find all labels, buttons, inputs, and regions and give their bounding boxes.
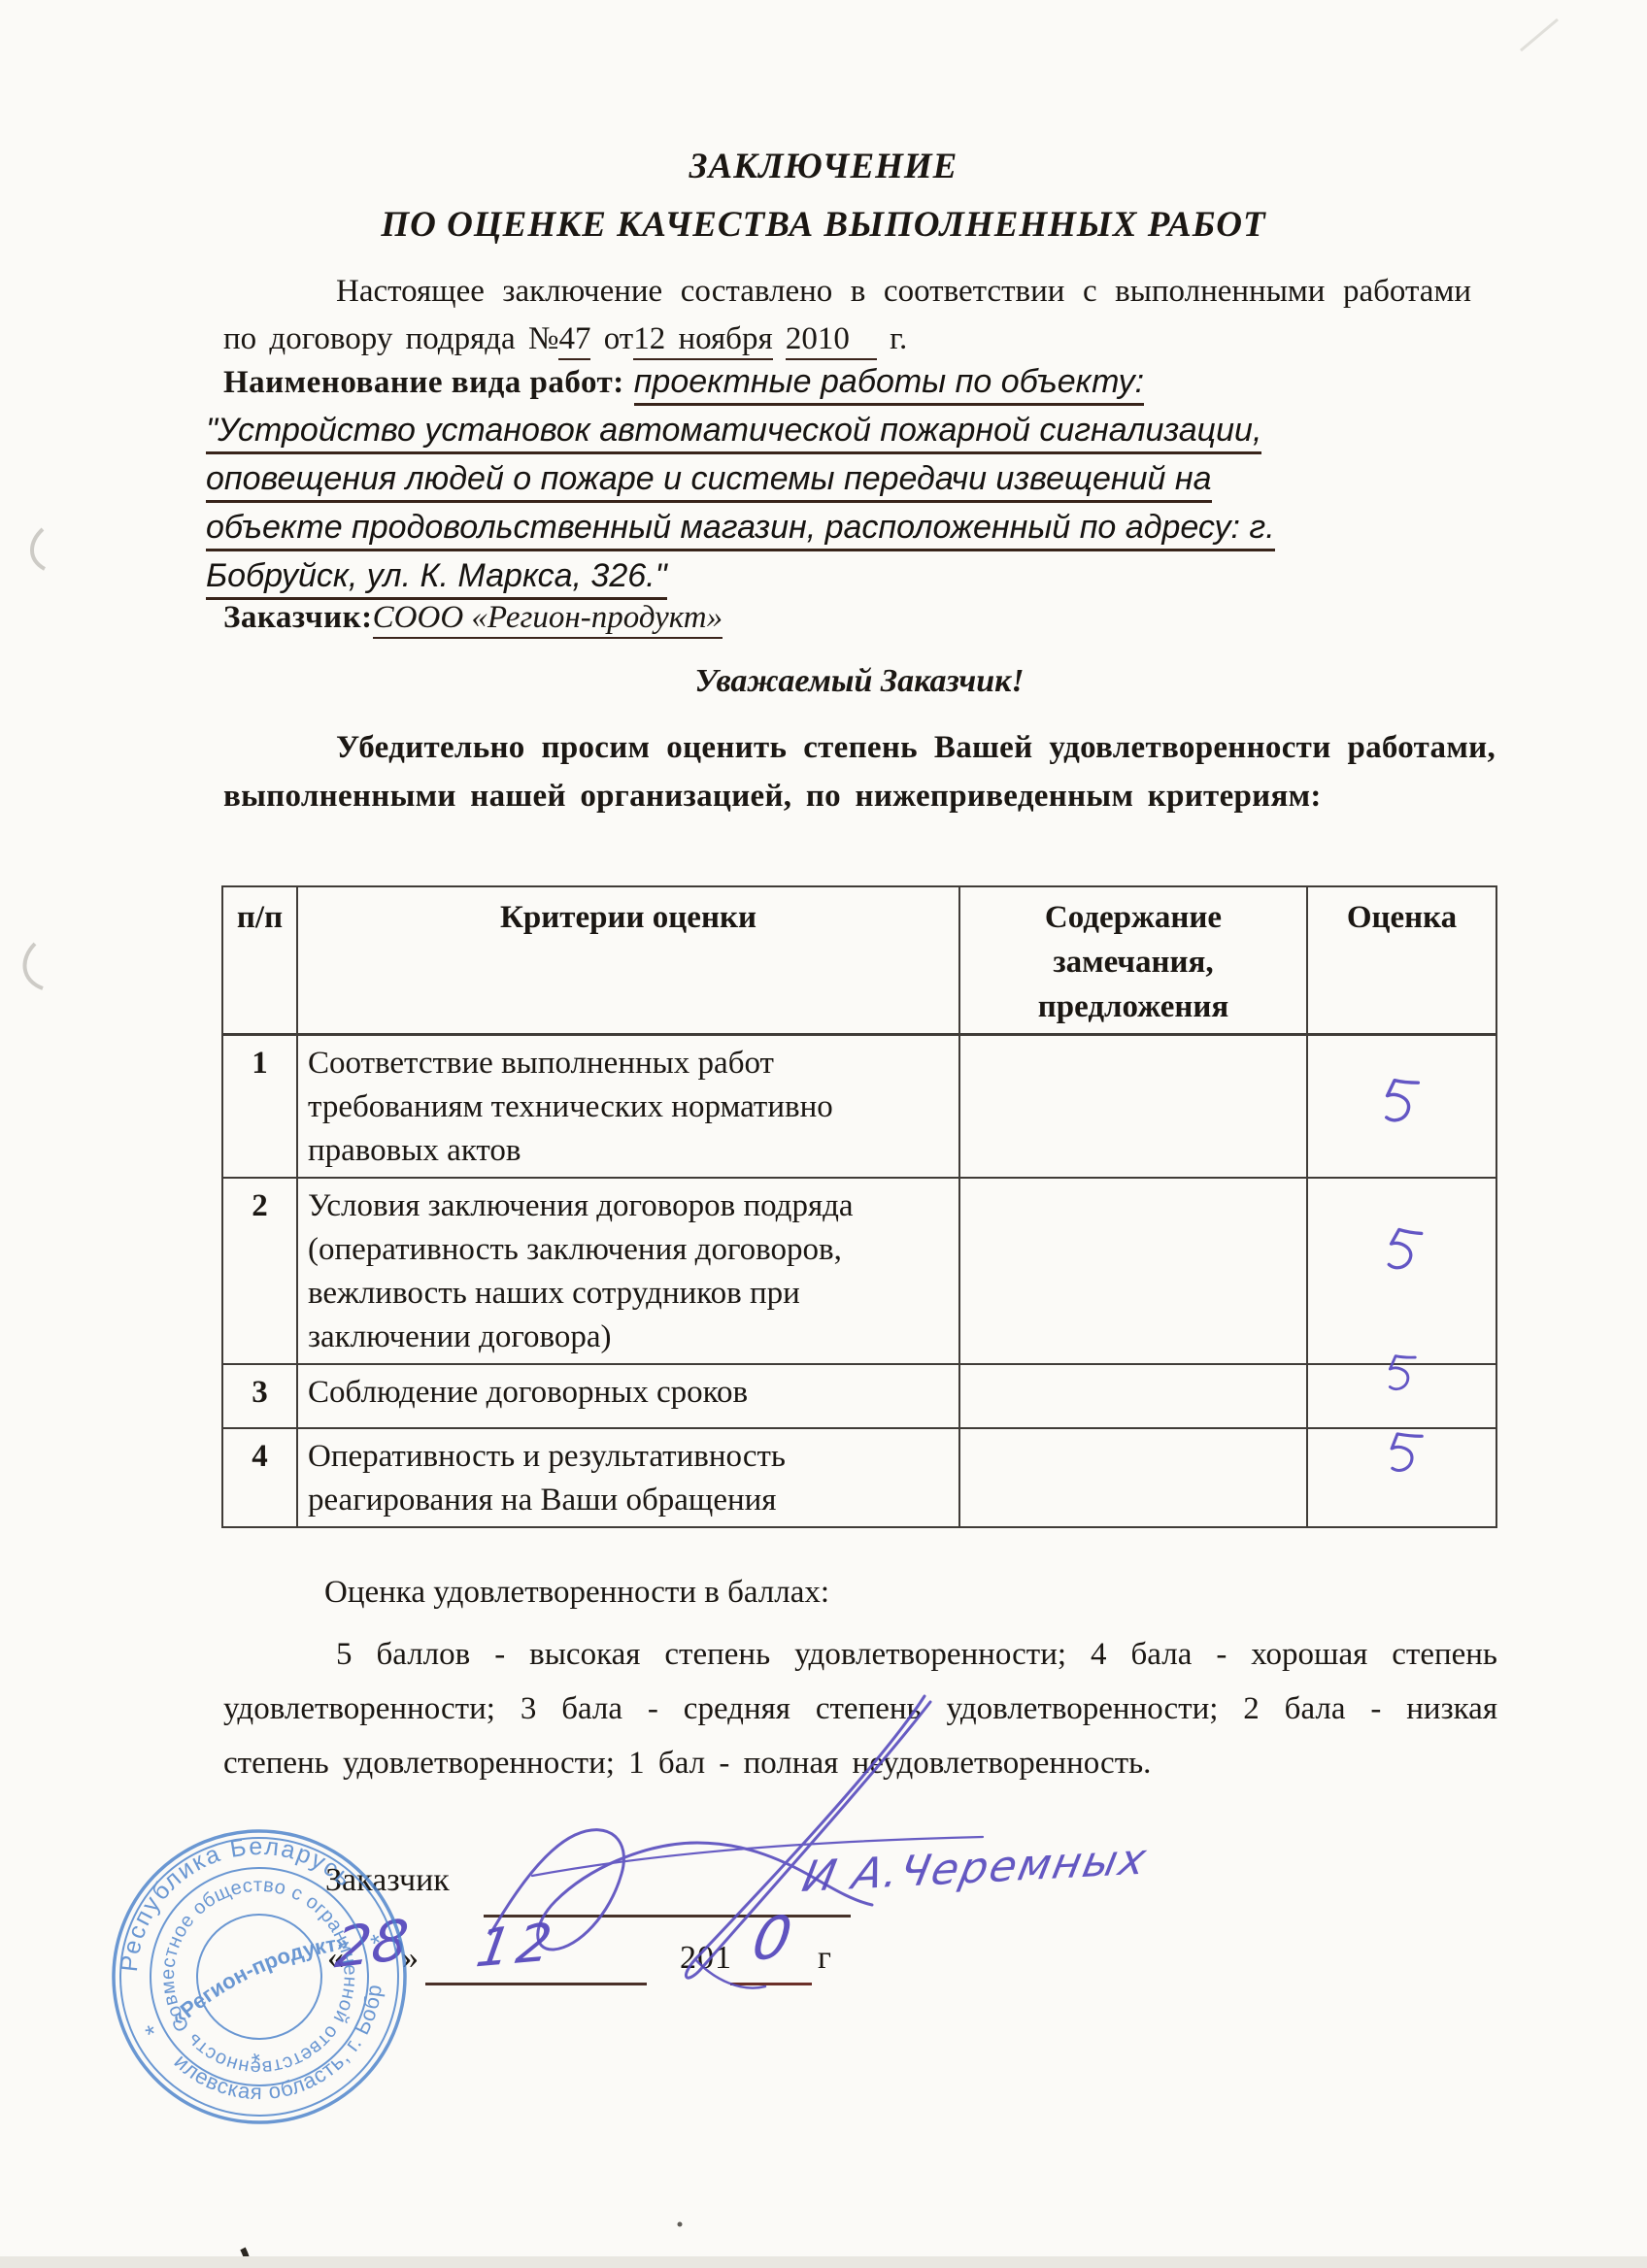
stamp-star-left: *	[142, 2018, 162, 2050]
work-line-text: Бобруйск, ул. К. Маркса, 326."	[206, 557, 667, 600]
row-number: 3	[222, 1364, 297, 1428]
work-type-line: Наименование вида работ:проектные работы…	[223, 363, 1505, 401]
remarks-cell	[959, 1364, 1307, 1428]
date-year-printed: 201	[680, 1940, 732, 1977]
row-number: 1	[222, 1035, 297, 1179]
work-type-label: Наименование вида работ:	[223, 365, 624, 400]
row-number: 2	[222, 1178, 297, 1364]
score-cell	[1307, 1178, 1496, 1364]
contract-number: 47	[558, 321, 590, 360]
company-stamp: Республика Беларусь Могилевская область,…	[75, 1792, 444, 2161]
intro-text: г.	[877, 321, 907, 356]
title-line-2: ПО ОЦЕНКЕ КАЧЕСТВА ВЫПОЛНЕННЫХ РАБОТ	[0, 196, 1647, 254]
criteria-cell: Условия заключения договоров подряда (оп…	[297, 1178, 959, 1364]
score-cell	[1307, 1428, 1496, 1527]
intro-text: от	[590, 321, 633, 356]
criteria-cell: Соответствие выполненных работ требовани…	[297, 1035, 959, 1179]
scanned-document-page: ЗАКЛЮЧЕНИЕ ПО ОЦЕНКЕ КАЧЕСТВА ВЫПОЛНЕННЫ…	[0, 0, 1647, 2268]
contract-year: 2010	[786, 321, 877, 360]
work-description-line: объекте продовольственный магазин, распо…	[206, 509, 1507, 557]
request-paragraph: Убедительно просим оценить степень Вашей…	[223, 723, 1496, 820]
date-suffix: г	[818, 1940, 831, 1977]
work-line-text: оповещения людей о пожаре и системы пере…	[206, 460, 1212, 503]
table-header-row: п/п Критерии оценки Содержание замечания…	[222, 886, 1496, 1035]
table-row: 3 Соблюдение договорных сроков	[222, 1364, 1496, 1428]
remarks-cell	[959, 1428, 1307, 1527]
score-cell	[1307, 1035, 1496, 1179]
work-type-value: проектные работы по объекту:	[634, 363, 1144, 406]
remarks-cell	[959, 1035, 1307, 1179]
work-description: "Устройство установок автоматической пож…	[206, 412, 1507, 606]
customer-value: СООО «Регион-продукт»	[373, 600, 723, 639]
handwritten-month: 12	[472, 1912, 561, 1980]
customer-line: Заказчик:СООО «Регион-продукт»	[223, 600, 723, 636]
stamp-star-right: *	[367, 1927, 387, 1958]
header-score: Оценка	[1307, 886, 1496, 1035]
handwritten-name: И А.Черемных	[798, 1835, 1152, 1902]
work-description-line: оповещения людей о пожаре и системы пере…	[206, 460, 1507, 509]
title-line-1: ЗАКЛЮЧЕНИЕ	[0, 138, 1647, 196]
table-row: 2 Условия заключения договоров подряда (…	[222, 1178, 1496, 1364]
intro-paragraph: Настоящее заключение составлено в соотве…	[223, 268, 1471, 363]
customer-label: Заказчик:	[223, 600, 373, 635]
work-description-line: Бобруйск, ул. К. Маркса, 326."	[206, 557, 1507, 606]
intro-text	[773, 321, 786, 356]
scale-heading: Оценка удовлетворенности в баллах:	[223, 1575, 1496, 1611]
document-title: ЗАКЛЮЧЕНИЕ ПО ОЦЕНКЕ КАЧЕСТВА ВЫПОЛНЕННЫ…	[0, 138, 1647, 254]
row-number: 4	[222, 1428, 297, 1527]
header-remarks: Содержание замечания, предложения	[959, 886, 1307, 1035]
criteria-cell: Оперативность и результативность реагиро…	[297, 1428, 959, 1527]
header-criteria: Критерии оценки	[297, 886, 959, 1035]
scale-description: 5 баллов - высокая степень удовлетворенн…	[223, 1627, 1497, 1790]
header-num: п/п	[222, 886, 297, 1035]
table-row: 4 Оперативность и результативность реаги…	[222, 1428, 1496, 1527]
table-row: 1 Соответствие выполненных работ требова…	[222, 1035, 1496, 1179]
salutation: Уважаемый Заказчик!	[223, 663, 1496, 700]
contract-date: 12 ноября	[633, 321, 772, 360]
evaluation-table: п/п Критерии оценки Содержание замечания…	[221, 885, 1497, 1528]
work-description-line: "Устройство установок автоматической пож…	[206, 412, 1507, 460]
scan-edge-band	[0, 2256, 1647, 2268]
work-line-text: "Устройство установок автоматической пож…	[206, 412, 1261, 454]
criteria-cell: Соблюдение договорных сроков	[297, 1364, 959, 1428]
remarks-cell	[959, 1178, 1307, 1364]
score-cell	[1307, 1364, 1496, 1428]
work-line-text: объекте продовольственный магазин, распо…	[206, 509, 1275, 551]
